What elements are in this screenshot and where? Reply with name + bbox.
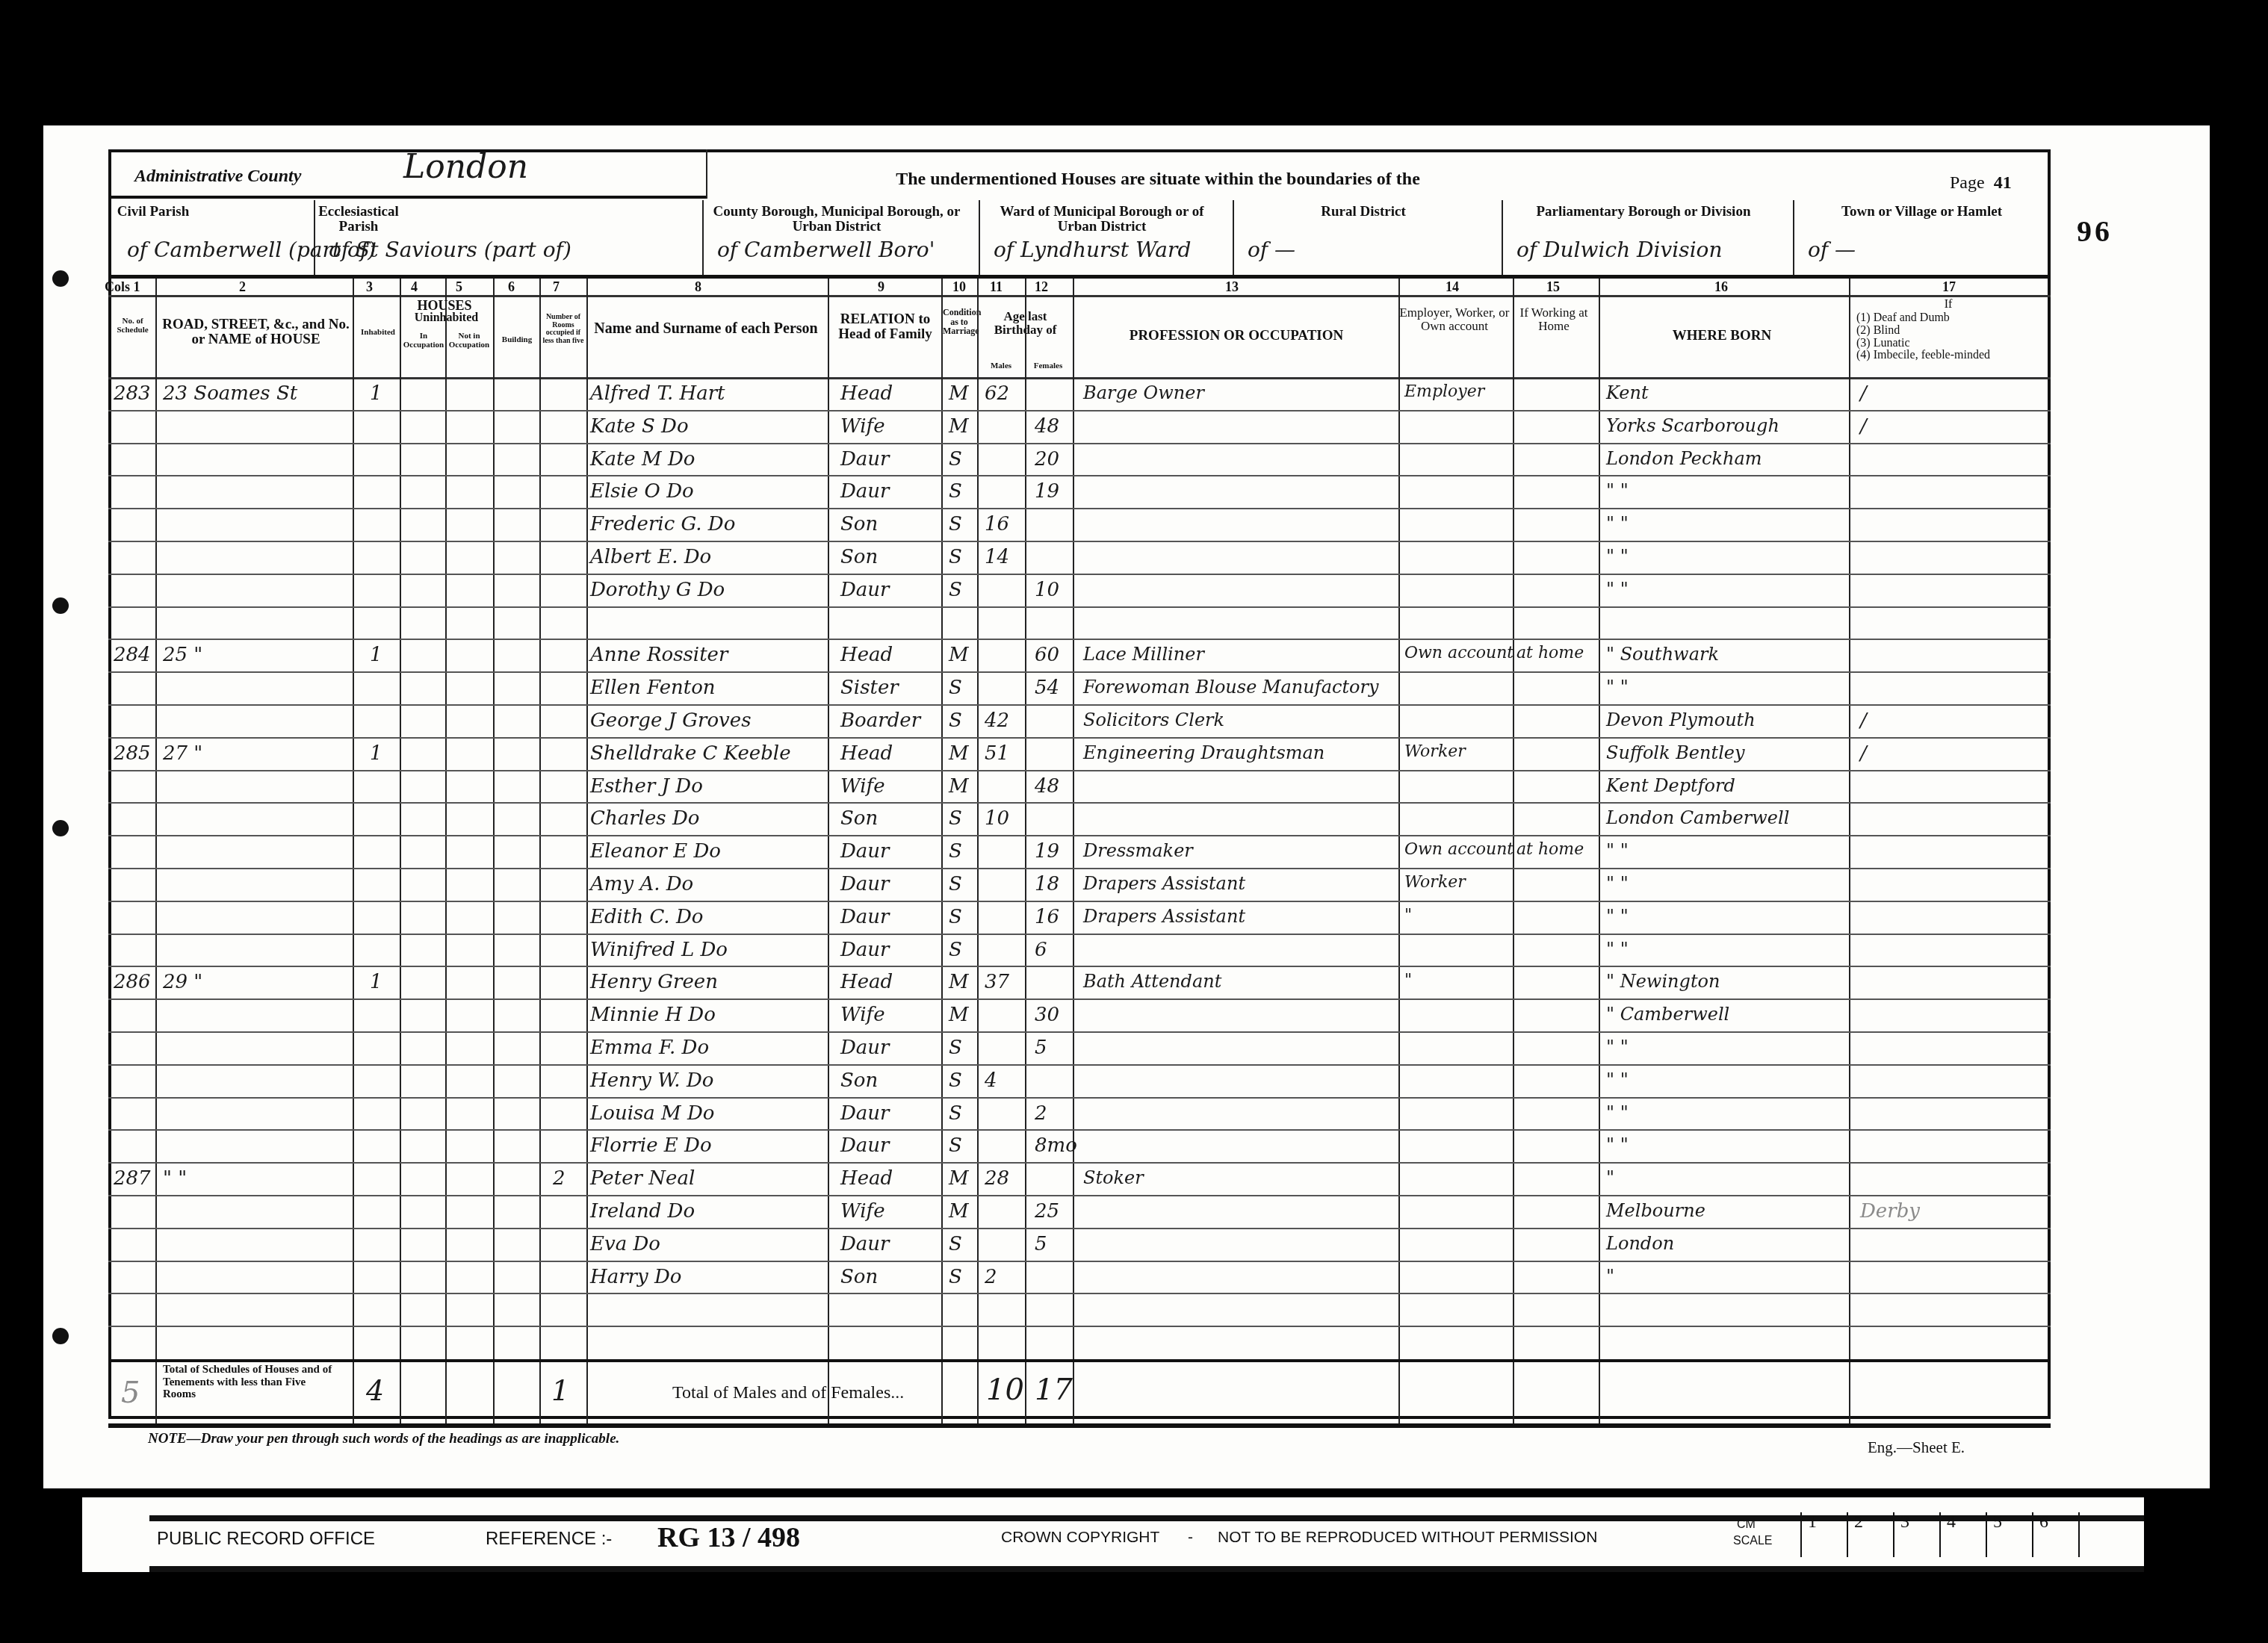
marital-condition: S xyxy=(949,873,962,895)
district-value: of St Saviours (part of) xyxy=(329,237,571,262)
district-label: Parliamentary Borough or Division xyxy=(1502,205,1785,220)
person-name: Charles Do xyxy=(590,807,699,830)
row-rule xyxy=(108,1097,2051,1099)
row-rule xyxy=(108,934,2051,935)
person-name: Frederic G. Do xyxy=(590,513,735,535)
row-rule xyxy=(108,1031,2051,1033)
relation: Head xyxy=(840,742,893,765)
person-name: Albert E. Do xyxy=(590,546,711,568)
birthplace: " Southwark xyxy=(1606,644,1719,665)
schedule-number: 284 xyxy=(114,644,151,666)
scale-label-cm: CM xyxy=(1737,1518,1756,1532)
row-rule xyxy=(108,475,2051,476)
birthplace: " " xyxy=(1606,1102,1629,1123)
female-age: 25 xyxy=(1035,1200,1059,1223)
person-name: Louisa M Do xyxy=(590,1102,714,1125)
birthplace: " xyxy=(1606,1266,1614,1287)
person-name: Esther J Do xyxy=(590,775,703,798)
person-name: Anne Rossiter xyxy=(590,644,728,666)
female-age: 48 xyxy=(1035,775,1059,798)
grid-line xyxy=(1398,279,1400,1423)
marital-condition: S xyxy=(949,840,962,863)
column-number: 5 xyxy=(456,279,462,295)
col-males-header: Males xyxy=(979,362,1023,371)
col-where-born-header: WHERE BORN xyxy=(1599,329,1845,344)
birthplace: " " xyxy=(1606,677,1629,698)
row-rule xyxy=(108,574,2051,575)
birthplace: " Newington xyxy=(1606,971,1720,992)
row-rule xyxy=(108,1129,2051,1131)
person-name: Peter Neal xyxy=(590,1167,695,1190)
column-number: 13 xyxy=(1225,279,1239,295)
female-age: 54 xyxy=(1035,677,1059,699)
column-number: 16 xyxy=(1714,279,1728,295)
employment-status: Worker xyxy=(1404,742,1466,761)
relation: Boarder xyxy=(840,709,920,732)
scale-mark: 4 xyxy=(1939,1512,1986,1557)
relation: Daur xyxy=(840,579,890,601)
col-address-header: ROAD, STREET, &c., and No. or NAME of HO… xyxy=(161,317,351,347)
archive-footer: PUBLIC RECORD OFFICE REFERENCE :- RG 13 … xyxy=(82,1497,2144,1572)
scale-mark: 1 xyxy=(1800,1512,1847,1557)
person-name: Kate M Do xyxy=(590,448,695,470)
person-name: Henry W. Do xyxy=(590,1069,713,1092)
total-schedules-label: Total of Schedules of Houses and of Tene… xyxy=(163,1364,335,1401)
district-value: of Dulwich Division xyxy=(1516,237,1723,262)
person-name: Winifred L Do xyxy=(590,939,728,961)
col-schedule-header: No. of Schedule xyxy=(112,317,153,335)
marital-condition: S xyxy=(949,906,962,928)
person-name: Amy A. Do xyxy=(590,873,693,895)
punch-hole xyxy=(52,270,69,287)
district-value: of — xyxy=(1808,237,1856,262)
relation: Son xyxy=(840,1266,878,1288)
infirmity-option: (4) Imbecile, feeble-minded xyxy=(1856,350,2051,362)
total-males: 10 xyxy=(986,1373,1024,1407)
birthplace: " " xyxy=(1606,480,1629,501)
grid-line xyxy=(1599,279,1600,1423)
relation: Head xyxy=(840,1167,893,1190)
occupation: Drapers Assistant xyxy=(1083,906,1245,927)
relation: Daur xyxy=(840,1037,890,1059)
district-value: of Camberwell Boro' xyxy=(717,237,935,262)
col-inhabited-header: Inhabited xyxy=(357,329,399,338)
grid-line xyxy=(1025,279,1026,1423)
total-males-females-label: Total of Males and of Females... xyxy=(672,1383,904,1403)
divider xyxy=(108,1423,2051,1428)
copyright-separator: - xyxy=(1188,1529,1193,1547)
working-at-home: at home xyxy=(1516,644,1584,662)
person-name: Emma F. Do xyxy=(590,1037,709,1059)
row-rule xyxy=(108,1064,2051,1066)
marital-condition: S xyxy=(949,1266,962,1288)
address: 29 " xyxy=(163,971,202,993)
relation: Son xyxy=(840,513,878,535)
female-age: 5 xyxy=(1035,1037,1047,1059)
marital-condition: M xyxy=(949,1167,969,1190)
employment-status: Worker xyxy=(1404,873,1466,892)
marital-condition: S xyxy=(949,677,962,699)
birthplace: Yorks Scarborough xyxy=(1606,415,1779,436)
relation: Head xyxy=(840,382,893,405)
employment-status: " xyxy=(1404,906,1412,925)
reproduction-notice: NOT TO BE REPRODUCED WITHOUT PERMISSION xyxy=(1218,1529,1597,1547)
divider xyxy=(706,149,707,199)
relation: Head xyxy=(840,971,893,993)
birthplace: " " xyxy=(1606,1069,1629,1090)
marital-condition: M xyxy=(949,742,969,765)
district-label: Civil Parish xyxy=(112,205,194,220)
female-age: 60 xyxy=(1035,644,1059,666)
district-label: County Borough, Municipal Borough, or Ur… xyxy=(702,205,971,235)
male-age: 28 xyxy=(985,1167,1009,1190)
female-age: 19 xyxy=(1035,840,1059,863)
relation: Daur xyxy=(840,448,890,470)
grid-line xyxy=(155,279,157,1423)
page-number: Page 41 xyxy=(1950,173,2012,193)
occupation: Drapers Assistant xyxy=(1083,873,1245,894)
female-age: 30 xyxy=(1035,1004,1059,1026)
row-rule xyxy=(108,998,2051,1000)
marital-condition: S xyxy=(949,579,962,601)
total-rooms: 1 xyxy=(551,1374,569,1407)
relation: Son xyxy=(840,1069,878,1092)
male-age: 14 xyxy=(985,546,1009,568)
person-name: Eva Do xyxy=(590,1233,660,1255)
col-occupation-header: PROFESSION OR OCCUPATION xyxy=(1076,329,1397,344)
divider xyxy=(108,196,706,199)
scale-mark: 6 xyxy=(2032,1512,2078,1557)
grid-line xyxy=(1849,279,1850,1423)
total-inhabited: 4 xyxy=(366,1374,384,1407)
column-number: 17 xyxy=(1942,279,1956,295)
relation: Daur xyxy=(840,1134,890,1157)
column-number: 3 xyxy=(366,279,373,295)
birthplace: " Camberwell xyxy=(1606,1004,1729,1025)
birthplace: Kent xyxy=(1606,382,1649,403)
row-rule xyxy=(108,770,2051,771)
person-name: Florrie E Do xyxy=(590,1134,712,1157)
infirmity-option: (1) Deaf and Dumb xyxy=(1856,312,2051,325)
birthplace: " " xyxy=(1606,1037,1629,1057)
row-rule xyxy=(108,1326,2051,1327)
relation: Daur xyxy=(840,873,890,895)
grid-line xyxy=(353,279,354,1423)
occupation: Forewoman Blouse Manufactory xyxy=(1083,677,1379,698)
birthplace: " " xyxy=(1606,840,1629,861)
person-name: Henry Green xyxy=(590,971,718,993)
occupation: Dressmaker xyxy=(1083,840,1193,861)
address: " " xyxy=(163,1167,187,1190)
column-number: 4 xyxy=(411,279,418,295)
col-name-header: Name and Surname of each Person xyxy=(590,321,822,337)
person-name: Ireland Do xyxy=(590,1200,695,1223)
header-banner: The undermentioned Houses are situate wi… xyxy=(747,170,1569,189)
female-age: 8mo xyxy=(1035,1134,1077,1157)
admin-county-label: Administrative County xyxy=(134,167,301,186)
female-age: 19 xyxy=(1035,480,1059,503)
col-condition-header: Condition as to Marriage xyxy=(943,308,976,336)
admin-county-value: London xyxy=(403,148,528,186)
infirmity: / xyxy=(1860,382,1867,405)
male-age: 37 xyxy=(985,971,1009,993)
female-age: 6 xyxy=(1035,939,1047,961)
person-name: Shelldrake C Keeble xyxy=(590,742,791,765)
birthplace: " " xyxy=(1606,579,1629,600)
row-rule xyxy=(108,541,2051,542)
punch-hole xyxy=(52,1328,69,1344)
birthplace: London xyxy=(1606,1233,1674,1254)
grid-line xyxy=(941,279,943,1423)
person-name: Harry Do xyxy=(590,1266,681,1288)
infirmity: / xyxy=(1860,415,1867,438)
grid-line xyxy=(400,279,401,1423)
column-number: 8 xyxy=(695,279,701,295)
birthplace: Melbourne xyxy=(1606,1200,1705,1221)
birthplace: " " xyxy=(1606,906,1629,927)
column-number: 12 xyxy=(1035,279,1048,295)
working-at-home: at home xyxy=(1516,840,1584,859)
divider xyxy=(1793,200,1794,275)
inhabited-count: 1 xyxy=(370,644,382,666)
marital-condition: M xyxy=(949,1200,969,1223)
col-not-in-occupation-header: Not in Occupation xyxy=(447,332,492,350)
person-name: Ellen Fenton xyxy=(590,677,716,699)
occupation: Lace Milliner xyxy=(1083,644,1204,665)
person-name: Minnie H Do xyxy=(590,1004,716,1026)
employment-status: Employer xyxy=(1404,382,1484,401)
inhabited-count: 1 xyxy=(370,382,382,405)
marital-condition: S xyxy=(949,709,962,732)
col-building-header: Building xyxy=(495,336,539,345)
marital-condition: S xyxy=(949,1037,962,1059)
schedule-number: 286 xyxy=(114,971,151,993)
relation: Daur xyxy=(840,1102,890,1125)
person-name: George J Groves xyxy=(590,709,752,732)
col-in-occupation-header: In Occupation xyxy=(402,332,445,350)
marital-condition: M xyxy=(949,775,969,798)
column-number: 10 xyxy=(952,279,966,295)
birthplace: London Peckham xyxy=(1606,448,1762,469)
col-infirmity-if: If xyxy=(1851,299,2045,311)
female-age: 18 xyxy=(1035,873,1059,895)
relation: Daur xyxy=(840,480,890,503)
birthplace: Kent Deptford xyxy=(1606,775,1735,796)
schedule-number: 285 xyxy=(114,742,151,765)
female-age: 16 xyxy=(1035,906,1059,928)
female-age: 48 xyxy=(1035,415,1059,438)
occupation: Stoker xyxy=(1083,1167,1144,1188)
address: 25 " xyxy=(163,644,202,666)
district-label: Ecclesiastical Parish xyxy=(314,205,403,235)
scale-mark: 2 xyxy=(1847,1512,1893,1557)
district-value: of — xyxy=(1248,237,1295,262)
grid-line xyxy=(445,279,447,1423)
marital-condition: S xyxy=(949,1102,962,1125)
row-rule xyxy=(108,443,2051,444)
marital-condition: S xyxy=(949,807,962,830)
row-rule xyxy=(108,671,2051,673)
marital-condition: S xyxy=(949,448,962,470)
divider xyxy=(108,1359,2051,1362)
person-name: Kate S Do xyxy=(590,415,689,438)
folio-number: 96 xyxy=(2077,214,2113,249)
row-rule xyxy=(108,901,2051,902)
schedule-number: 287 xyxy=(114,1167,151,1190)
district-label: Rural District xyxy=(1233,205,1494,220)
birthplace: " " xyxy=(1606,873,1629,894)
column-number: Cols 1 xyxy=(105,279,140,295)
row-rule xyxy=(108,835,2051,836)
row-rule xyxy=(108,737,2051,739)
relation: Son xyxy=(840,546,878,568)
birthplace: " xyxy=(1606,1167,1614,1188)
column-number: 7 xyxy=(553,279,560,295)
column-number: 6 xyxy=(508,279,515,295)
row-rule xyxy=(108,1195,2051,1196)
address: 27 " xyxy=(163,742,202,765)
reference-label: REFERENCE :- xyxy=(486,1529,612,1550)
punch-hole xyxy=(52,597,69,614)
marital-condition: M xyxy=(949,644,969,666)
row-rule xyxy=(108,704,2051,706)
relation: Head xyxy=(840,644,893,666)
birthplace: " " xyxy=(1606,939,1629,960)
birthplace: " " xyxy=(1606,513,1629,534)
col-relation-header: RELATION to Head of Family xyxy=(829,312,941,342)
row-rule xyxy=(108,966,2051,967)
divider xyxy=(702,200,704,275)
row-rule xyxy=(108,508,2051,509)
female-age: 20 xyxy=(1035,448,1059,470)
marital-condition: S xyxy=(949,939,962,961)
district-label: Town or Village or Hamlet xyxy=(1793,205,2051,220)
infirmity: / xyxy=(1860,742,1867,765)
birthplace: Devon Plymouth xyxy=(1606,709,1756,730)
marital-condition: S xyxy=(949,1233,962,1255)
divider xyxy=(149,1566,2144,1572)
person-name: Alfred T. Hart xyxy=(590,382,725,405)
relation: Wife xyxy=(840,1004,885,1026)
occupation: Bath Attendant xyxy=(1083,971,1221,992)
col-employment-header: Employer, Worker, or Own account xyxy=(1398,306,1511,333)
relation: Son xyxy=(840,807,878,830)
relation: Daur xyxy=(840,939,890,961)
reference-value: RG 13 / 498 xyxy=(657,1521,800,1554)
person-name: Dorothy G Do xyxy=(590,579,725,601)
grid-line xyxy=(539,279,541,1423)
row-rule xyxy=(108,606,2051,608)
male-age: 10 xyxy=(985,807,1009,830)
male-age: 62 xyxy=(985,382,1009,405)
column-number: 11 xyxy=(990,279,1003,295)
male-age: 42 xyxy=(985,709,1009,732)
female-age: 10 xyxy=(1035,579,1059,601)
marital-condition: M xyxy=(949,1004,969,1026)
record-office: PUBLIC RECORD OFFICE xyxy=(157,1529,375,1550)
divider xyxy=(1502,200,1503,275)
scale-label-scale: SCALE xyxy=(1733,1535,1772,1548)
divider xyxy=(1233,200,1234,275)
birthplace: " " xyxy=(1606,546,1629,567)
grid-line xyxy=(828,279,829,1423)
scale-mark xyxy=(2078,1512,2125,1557)
row-rule xyxy=(108,1228,2051,1229)
total-schedules: 5 xyxy=(121,1376,140,1410)
inhabited-count: 1 xyxy=(370,971,382,993)
birthplace: Suffolk Bentley xyxy=(1606,742,1745,763)
divider xyxy=(979,200,980,275)
relation: Wife xyxy=(840,1200,885,1223)
district-label: Ward of Municipal Borough or of Urban Di… xyxy=(979,205,1225,235)
person-name: Elsie O Do xyxy=(590,480,694,503)
relation: Daur xyxy=(840,840,890,863)
page-label: Page xyxy=(1950,173,1985,193)
copyright: CROWN COPYRIGHT xyxy=(1001,1529,1159,1547)
infirmity-option: (3) Lunatic xyxy=(1856,338,2051,350)
birthplace: " " xyxy=(1606,1134,1629,1155)
birthplace: London Camberwell xyxy=(1606,807,1789,828)
column-number: 14 xyxy=(1446,279,1459,295)
person-name: Eleanor E Do xyxy=(590,840,721,863)
row-rule xyxy=(108,1162,2051,1164)
row-rule xyxy=(108,802,2051,804)
scale-mark: 5 xyxy=(1986,1512,2032,1557)
male-age: 16 xyxy=(985,513,1009,535)
row-rule xyxy=(108,868,2051,869)
infirmity: / xyxy=(1860,709,1867,732)
marital-condition: S xyxy=(949,546,962,568)
person-name: Edith C. Do xyxy=(590,906,703,928)
employment-status: " xyxy=(1404,971,1412,990)
grid-line xyxy=(493,279,495,1423)
relation: Sister xyxy=(840,677,899,699)
marital-condition: S xyxy=(949,1069,962,1092)
divider xyxy=(314,200,315,275)
rooms-count: 2 xyxy=(553,1167,566,1190)
grid-line xyxy=(1073,279,1074,1423)
female-age: 2 xyxy=(1035,1102,1047,1125)
occupation: Solicitors Clerk xyxy=(1083,709,1224,730)
infirmity: Derby xyxy=(1860,1200,1920,1223)
marital-condition: S xyxy=(949,1134,962,1157)
marital-condition: M xyxy=(949,382,969,405)
inhabited-count: 1 xyxy=(370,742,382,765)
relation: Wife xyxy=(840,775,885,798)
marital-condition: S xyxy=(949,480,962,503)
district-value: of Lyndhurst Ward xyxy=(994,237,1191,262)
male-age: 2 xyxy=(985,1266,997,1288)
total-females: 17 xyxy=(1035,1373,1073,1407)
male-age: 51 xyxy=(985,742,1009,765)
column-number: 15 xyxy=(1546,279,1560,295)
col-working-home-header: If Working at Home xyxy=(1513,306,1595,333)
col-infirmity-header: (1) Deaf and Dumb(2) Blind(3) Lunatic(4)… xyxy=(1856,312,2051,362)
marital-condition: M xyxy=(949,971,969,993)
row-rule xyxy=(108,639,2051,640)
relation: Daur xyxy=(840,1233,890,1255)
relation: Daur xyxy=(840,906,890,928)
grid-line xyxy=(977,279,979,1423)
row-rule xyxy=(108,1293,2051,1294)
column-number: 2 xyxy=(239,279,246,295)
occupation: Engineering Draughtsman xyxy=(1083,742,1324,763)
employment-status: Own account xyxy=(1404,644,1513,662)
schedule-number: 283 xyxy=(114,382,151,405)
female-age: 5 xyxy=(1035,1233,1047,1255)
infirmity-option: (2) Blind xyxy=(1856,325,2051,338)
form-note: NOTE—Draw your pen through such words of… xyxy=(148,1431,619,1447)
